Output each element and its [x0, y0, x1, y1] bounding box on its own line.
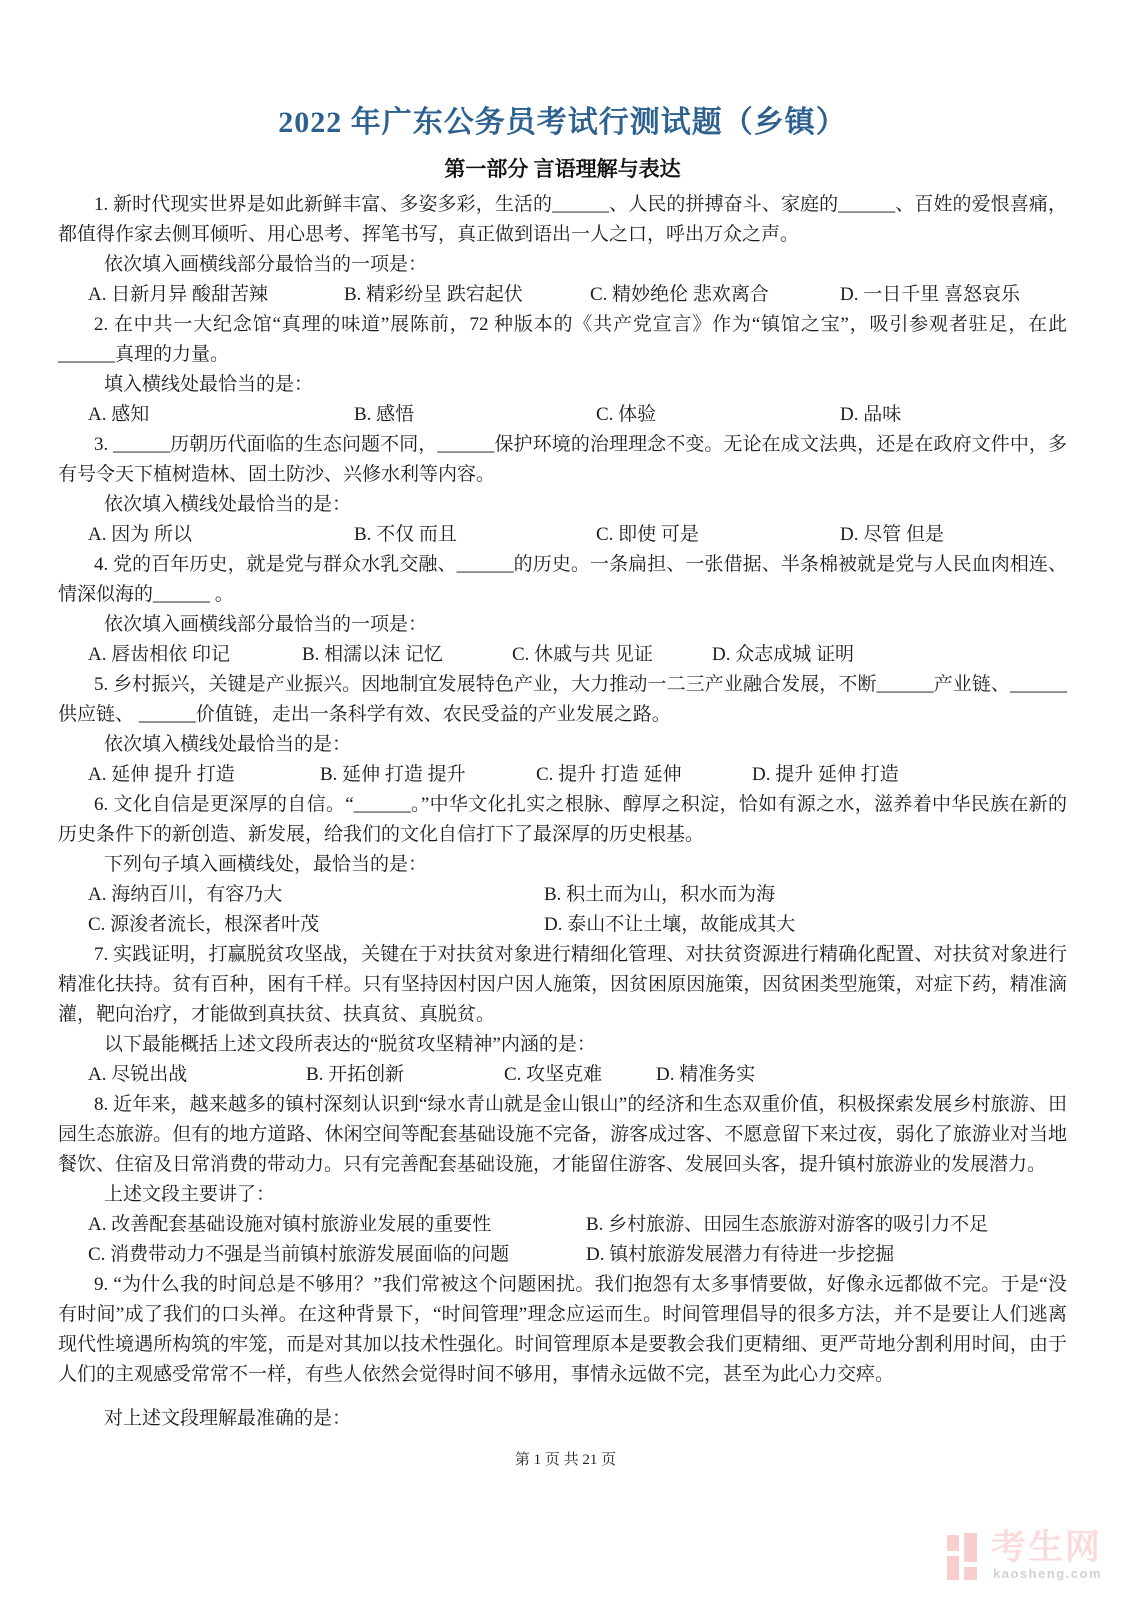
- option-c: C. 精妙绝伦 悲欢离合: [590, 280, 840, 310]
- option-row: A. 日新月异 酸甜苦辣 B. 精彩纷呈 跌宕起伏 C. 精妙绝伦 悲欢离合 D…: [58, 280, 1067, 310]
- question-1: 1. 新时代现实世界是如此新鲜丰富、多姿多彩，生活的______、人民的拼搏奋斗…: [58, 190, 1067, 310]
- option-d: D. 品味: [840, 400, 1067, 430]
- page-title: 2022 年广东公务员考试行测试题（乡镇）: [58, 104, 1067, 142]
- option-c: C. 提升 打造 延伸: [536, 760, 752, 790]
- question-prompt: 上述文段主要讲了：: [58, 1180, 1067, 1210]
- question-prompt: 下列句子填入画横线处，最恰当的是：: [58, 850, 1067, 880]
- option-row: A. 感知 B. 感悟 C. 体验 D. 品味: [58, 400, 1067, 430]
- option-d: D. 精准务实: [656, 1060, 1067, 1090]
- option-d: D. 尽管 但是: [840, 520, 1067, 550]
- question-prompt: 对上述文段理解最准确的是：: [58, 1404, 1067, 1434]
- option-row: A. 尽锐出战 B. 开拓创新 C. 攻坚克难 D. 精准务实: [58, 1060, 1067, 1090]
- question-prompt: 填入横线处最恰当的是：: [58, 370, 1067, 400]
- option-a: A. 尽锐出战: [88, 1060, 306, 1090]
- option-d: D. 提升 延伸 打造: [752, 760, 1067, 790]
- option-c: C. 源浚者流长，根深者叶茂: [88, 910, 544, 940]
- option-b: B. 积土而为山，积水而为海: [544, 880, 1067, 910]
- section-heading: 第一部分 言语理解与表达: [58, 154, 1067, 184]
- question-4: 4. 党的百年历史，就是党与群众水乳交融、______的历史。一条扁担、一张借据…: [58, 550, 1067, 670]
- option-b: B. 开拓创新: [306, 1060, 504, 1090]
- question-stem: 3. ______历朝历代面临的生态问题不同，______保护环境的治理理念不变…: [58, 430, 1067, 490]
- option-a: A. 日新月异 酸甜苦辣: [88, 280, 344, 310]
- option-b: B. 精彩纷呈 跌宕起伏: [344, 280, 590, 310]
- kaosheng-logo-icon: [947, 1533, 977, 1581]
- option-row: A. 改善配套基础设施对镇村旅游业发展的重要性 B. 乡村旅游、田园生态旅游对游…: [58, 1210, 1067, 1270]
- question-8: 8. 近年来，越来越多的镇村深刻认识到“绿水青山就是金山银山”的经济和生态双重价…: [58, 1090, 1067, 1270]
- option-row: A. 唇齿相依 印记 B. 相濡以沫 记忆 C. 休戚与共 见证 D. 众志成城…: [58, 640, 1067, 670]
- option-b: B. 乡村旅游、田园生态旅游对游客的吸引力不足: [586, 1210, 1067, 1240]
- page-number: 第 1 页 共 21 页: [0, 1448, 1131, 1469]
- option-c: C. 攻坚克难: [504, 1060, 656, 1090]
- option-c: C. 休戚与共 见证: [512, 640, 712, 670]
- question-stem: 7. 实践证明，打赢脱贫攻坚战，关键在于对扶贫对象进行精细化管理、对扶贫资源进行…: [58, 940, 1067, 1030]
- option-a: A. 因为 所以: [88, 520, 354, 550]
- question-stem: 5. 乡村振兴，关键是产业振兴。因地制宜发展特色产业，大力推动一二三产业融合发展…: [58, 670, 1067, 730]
- option-b: B. 延伸 打造 提升: [320, 760, 536, 790]
- option-row: A. 因为 所以 B. 不仅 而且 C. 即使 可是 D. 尽管 但是: [58, 520, 1067, 550]
- question-stem: 6. 文化自信是更深厚的自信。“______。”中华文化扎实之根脉、醇厚之积淀，…: [58, 790, 1067, 850]
- question-6: 6. 文化自信是更深厚的自信。“______。”中华文化扎实之根脉、醇厚之积淀，…: [58, 790, 1067, 940]
- question-stem: 9. “为什么我的时间总是不够用？”我们常被这个问题困扰。我们抱怨有太多事情要做…: [58, 1270, 1067, 1390]
- option-b: B. 感悟: [354, 400, 596, 430]
- option-a: A. 唇齿相依 印记: [88, 640, 302, 670]
- question-stem: 4. 党的百年历史，就是党与群众水乳交融、______的历史。一条扁担、一张借据…: [58, 550, 1067, 610]
- question-prompt: 以下最能概括上述文段所表达的“脱贫攻坚精神”内涵的是：: [58, 1030, 1067, 1060]
- question-prompt: 依次填入画横线部分最恰当的一项是：: [58, 610, 1067, 640]
- question-prompt: 依次填入画横线部分最恰当的一项是：: [58, 250, 1067, 280]
- option-a: A. 感知: [88, 400, 354, 430]
- option-a: A. 海纳百川，有容乃大: [88, 880, 544, 910]
- watermark-cn-text: 考生网: [991, 1528, 1102, 1568]
- question-5: 5. 乡村振兴，关键是产业振兴。因地制宜发展特色产业，大力推动一二三产业融合发展…: [58, 670, 1067, 790]
- question-stem: 8. 近年来，越来越多的镇村深刻认识到“绿水青山就是金山银山”的经济和生态双重价…: [58, 1090, 1067, 1180]
- watermark-en-text: kaosheng.com: [993, 1566, 1102, 1581]
- option-c: C. 消费带动力不强是当前镇村旅游发展面临的问题: [88, 1240, 586, 1270]
- option-row: A. 海纳百川，有容乃大 B. 积土而为山，积水而为海 C. 源浚者流长，根深者…: [58, 880, 1067, 940]
- question-9: 9. “为什么我的时间总是不够用？”我们常被这个问题困扰。我们抱怨有太多事情要做…: [58, 1270, 1067, 1434]
- option-row: A. 延伸 提升 打造 B. 延伸 打造 提升 C. 提升 打造 延伸 D. 提…: [58, 760, 1067, 790]
- question-3: 3. ______历朝历代面临的生态问题不同，______保护环境的治理理念不变…: [58, 430, 1067, 550]
- option-d: D. 众志成城 证明: [712, 640, 1067, 670]
- exam-page: 2022 年广东公务员考试行测试题（乡镇） 第一部分 言语理解与表达 1. 新时…: [0, 0, 1131, 1434]
- option-c: C. 即使 可是: [596, 520, 840, 550]
- option-b: B. 不仅 而且: [354, 520, 596, 550]
- question-prompt: 依次填入横线处最恰当的是：: [58, 730, 1067, 760]
- option-a: A. 延伸 提升 打造: [88, 760, 320, 790]
- option-d: D. 泰山不让土壤，故能成其大: [544, 910, 1067, 940]
- question-2: 2. 在中共一大纪念馆“真理的味道”展陈前，72 种版本的《共产党宣言》作为“镇…: [58, 310, 1067, 430]
- option-d: D. 一日千里 喜怒哀乐: [840, 280, 1067, 310]
- kaosheng-watermark: 考生网 kaosheng.com: [947, 1532, 1109, 1582]
- option-c: C. 体验: [596, 400, 840, 430]
- option-d: D. 镇村旅游发展潜力有待进一步挖掘: [586, 1240, 1067, 1270]
- question-stem: 2. 在中共一大纪念馆“真理的味道”展陈前，72 种版本的《共产党宣言》作为“镇…: [58, 310, 1067, 370]
- option-b: B. 相濡以沫 记忆: [302, 640, 512, 670]
- option-a: A. 改善配套基础设施对镇村旅游业发展的重要性: [88, 1210, 586, 1240]
- question-stem: 1. 新时代现实世界是如此新鲜丰富、多姿多彩，生活的______、人民的拼搏奋斗…: [58, 190, 1067, 250]
- question-prompt: 依次填入横线处最恰当的是：: [58, 490, 1067, 520]
- question-7: 7. 实践证明，打赢脱贫攻坚战，关键在于对扶贫对象进行精细化管理、对扶贫资源进行…: [58, 940, 1067, 1090]
